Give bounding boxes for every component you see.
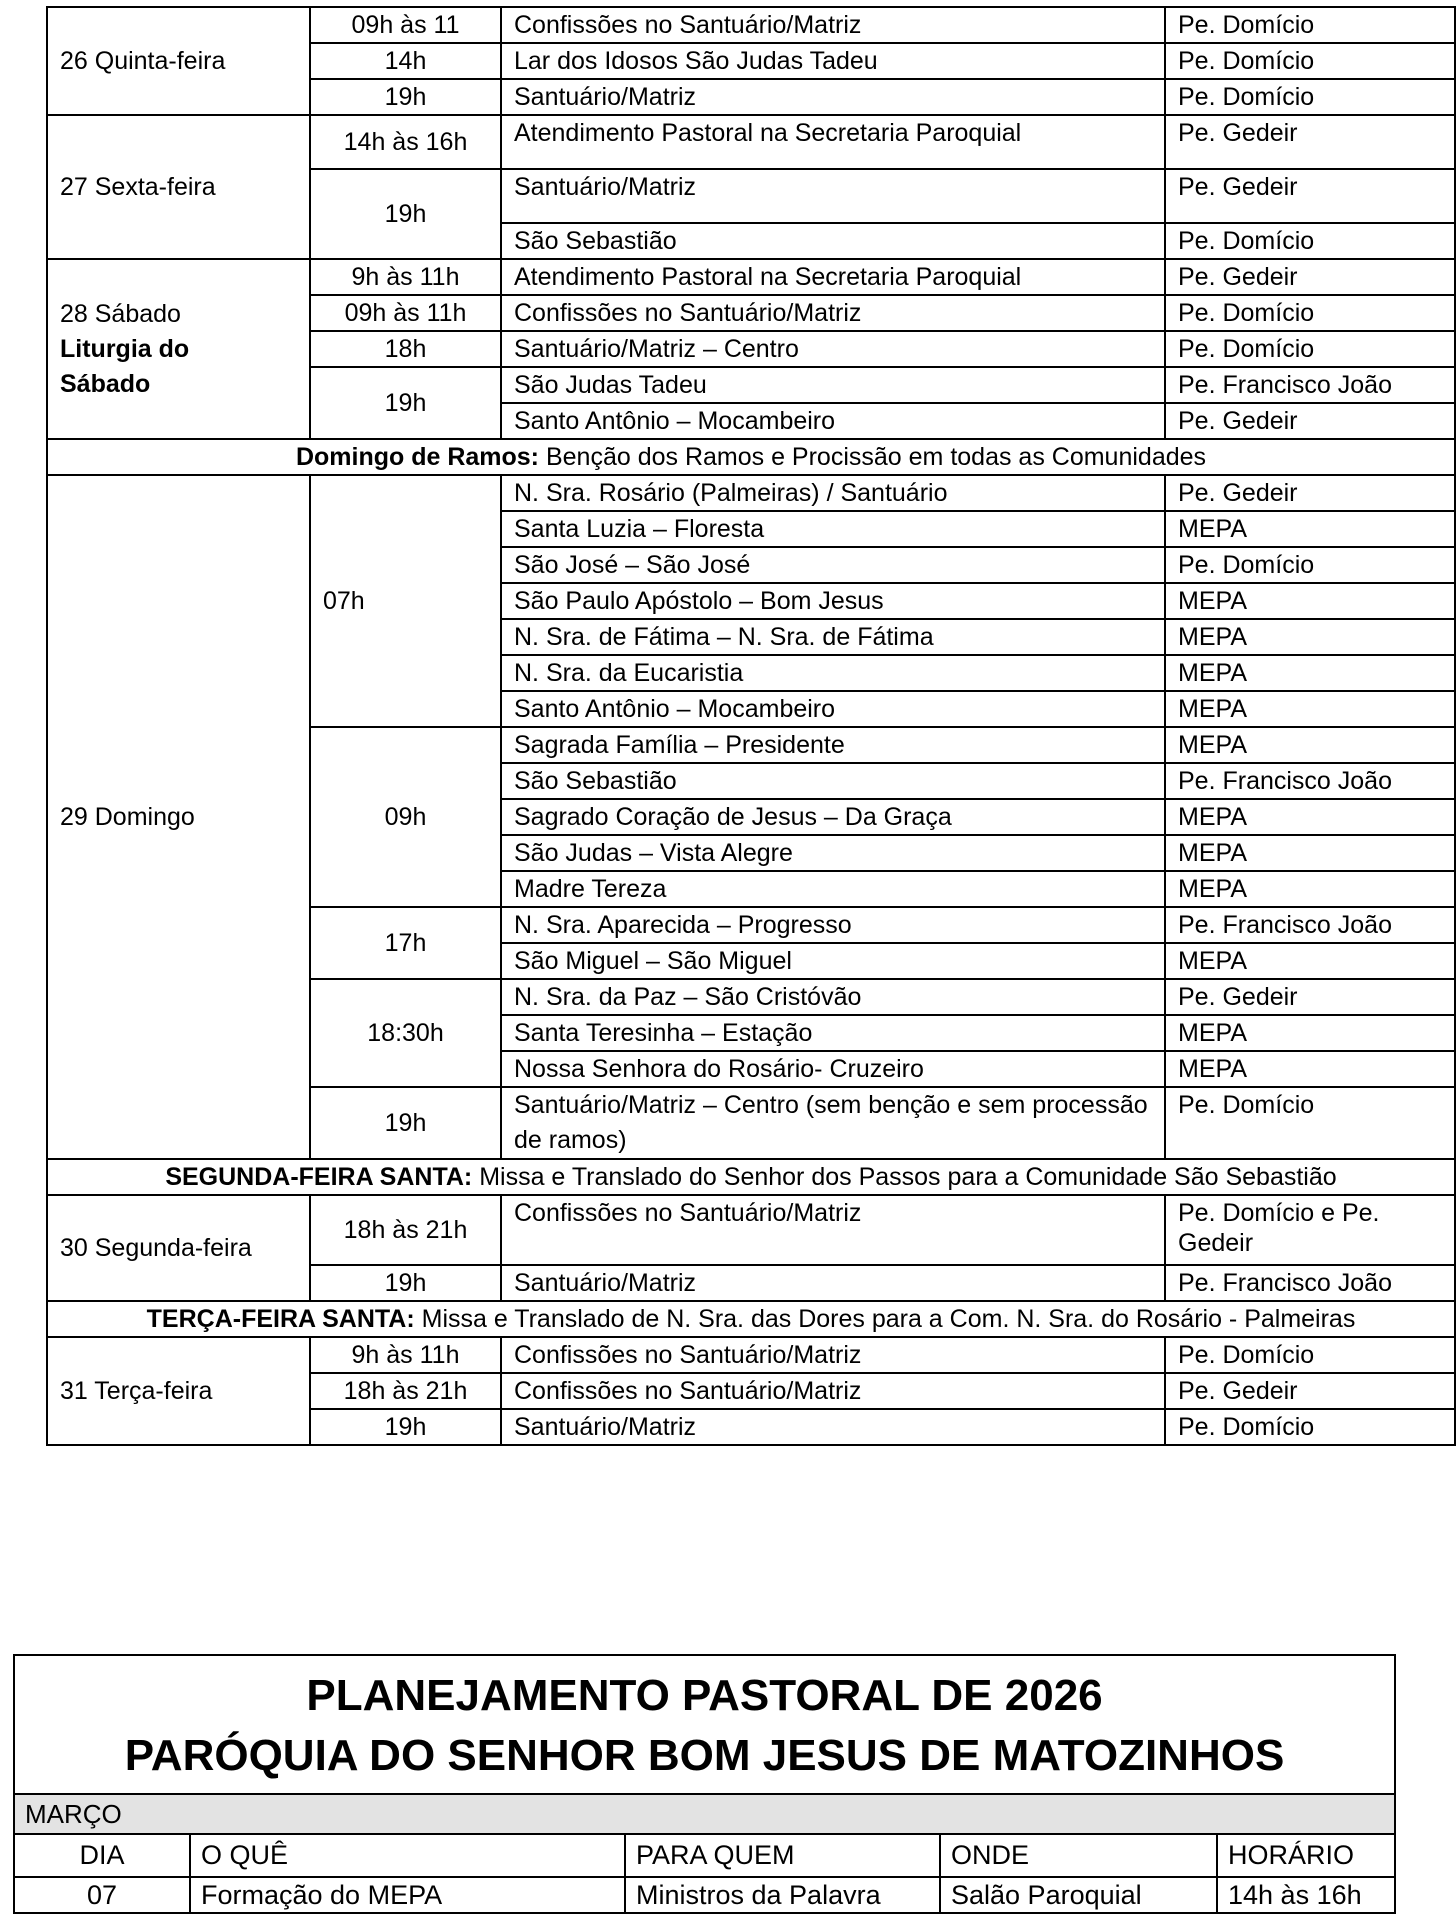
place-cell: Santa Luzia – Floresta (501, 511, 1165, 547)
place-cell: Confissões no Santuário/Matriz (501, 1373, 1165, 1409)
celebrant-cell: MEPA (1165, 1051, 1455, 1087)
celebrant-cell: Pe. Gedeir (1165, 169, 1455, 223)
table-row: 30 Segunda-feira 18h às 21h Confissões n… (47, 1195, 1455, 1265)
place-cell: São Judas Tadeu (501, 367, 1165, 403)
celebrant-cell: Pe. Domício (1165, 547, 1455, 583)
day-label: 29 Domingo (47, 475, 310, 1159)
place-cell: N. Sra. da Eucaristia (501, 655, 1165, 691)
banner-title: Domingo de Ramos: (296, 443, 539, 471)
time-cell: 07h (310, 475, 501, 727)
time-cell: 18:30h (310, 979, 501, 1087)
place-cell: N. Sra. da Paz – São Cristóvão (501, 979, 1165, 1015)
place-cell: Confissões no Santuário/Matriz (501, 1195, 1165, 1265)
place-cell: São José – São José (501, 547, 1165, 583)
column-header-time: HORÁRIO (1217, 1834, 1395, 1877)
place-cell: N. Sra. de Fátima – N. Sra. de Fátima (501, 619, 1165, 655)
banner-title: SEGUNDA-FEIRA SANTA: (165, 1163, 472, 1191)
celebrant-cell: Pe. Domício (1165, 1409, 1455, 1445)
time-cell: 09h às 11 (310, 7, 501, 43)
celebrant-cell: MEPA (1165, 727, 1455, 763)
place-cell: Confissões no Santuário/Matriz (501, 7, 1165, 43)
day-label: 28 Sábado Liturgia do Sábado (47, 259, 310, 439)
celebrant-cell: MEPA (1165, 511, 1455, 547)
table-row: TERÇA-FEIRA SANTA: Missa e Translado de … (47, 1301, 1455, 1337)
celebrant-cell: Pe. Francisco João (1165, 367, 1455, 403)
celebrant-cell: Pe. Domício (1165, 1087, 1455, 1159)
celebrant-cell: MEPA (1165, 619, 1455, 655)
what-cell: Formação do MEPA (190, 1877, 625, 1913)
celebrant-cell: Pe. Gedeir (1165, 115, 1455, 169)
time-cell: 19h (310, 1087, 501, 1159)
column-header-what: O QUÊ (190, 1834, 625, 1877)
time-cell: 9h às 11h (310, 259, 501, 295)
pastoral-planning-table: PLANEJAMENTO PASTORAL DE 2026 PARÓQUIA D… (13, 1654, 1396, 1914)
place-cell: Confissões no Santuário/Matriz (501, 1337, 1165, 1373)
celebrant-cell: Pe. Domício (1165, 43, 1455, 79)
time-cell: 9h às 11h (310, 1337, 501, 1373)
place-cell: Sagrada Família – Presidente (501, 727, 1165, 763)
title-line-2: PARÓQUIA DO SENHOR BOM JESUS DE MATOZINH… (25, 1726, 1384, 1786)
time-cell: 19h (310, 1409, 501, 1445)
celebrant-cell: Pe. Gedeir (1165, 259, 1455, 295)
celebrant-cell: MEPA (1165, 799, 1455, 835)
celebrant-cell: Pe. Gedeir (1165, 403, 1455, 439)
place-cell: São Judas – Vista Alegre (501, 835, 1165, 871)
place-cell: Santo Antônio – Mocambeiro (501, 403, 1165, 439)
celebrant-cell: Pe. Francisco João (1165, 1265, 1455, 1301)
place-cell: N. Sra. Rosário (Palmeiras) / Santuário (501, 475, 1165, 511)
celebrant-cell: MEPA (1165, 943, 1455, 979)
celebrant-cell: MEPA (1165, 583, 1455, 619)
place-cell: Lar dos Idosos São Judas Tadeu (501, 43, 1165, 79)
column-header-day: DIA (14, 1834, 190, 1877)
month-label: MARÇO (14, 1794, 1395, 1834)
place-cell: Santuário/Matriz – Centro (sem benção e … (501, 1087, 1165, 1159)
celebrant-cell: MEPA (1165, 691, 1455, 727)
place-cell: Santuário/Matriz – Centro (501, 331, 1165, 367)
palm-sunday-banner: Domingo de Ramos: Benção dos Ramos e Pro… (47, 439, 1455, 475)
celebrant-cell: Pe. Francisco João (1165, 907, 1455, 943)
celebrant-cell: Pe. Domício (1165, 1337, 1455, 1373)
place-cell: Confissões no Santuário/Matriz (501, 295, 1165, 331)
time-cell: 19h (310, 1265, 501, 1301)
where-cell: Salão Paroquial (940, 1877, 1217, 1913)
celebrant-cell: Pe. Domício (1165, 295, 1455, 331)
place-cell: São Miguel – São Miguel (501, 943, 1165, 979)
place-cell: São Paulo Apóstolo – Bom Jesus (501, 583, 1165, 619)
table-row: 27 Sexta-feira 14h às 16h Atendimento Pa… (47, 115, 1455, 169)
day-cell: 07 (14, 1877, 190, 1913)
celebrant-cell: MEPA (1165, 871, 1455, 907)
celebrant-cell: Pe. Domício (1165, 223, 1455, 259)
celebrant-cell: Pe. Gedeir (1165, 1373, 1455, 1409)
celebrant-cell: Pe. Domício (1165, 7, 1455, 43)
liturgy-note: Sábado (60, 367, 297, 402)
place-cell: Atendimento Pastoral na Secretaria Paroq… (501, 115, 1165, 169)
day-label: 27 Sexta-feira (47, 115, 310, 259)
time-cell: 19h (310, 169, 501, 259)
day-label: 30 Segunda-feira (47, 1195, 310, 1301)
time-cell: 09h às 11h (310, 295, 501, 331)
celebrant-cell: MEPA (1165, 655, 1455, 691)
time-cell: 14h às 16h (310, 115, 501, 169)
day-label: 31 Terça-feira (47, 1337, 310, 1445)
celebrant-cell: Pe. Gedeir (1165, 475, 1455, 511)
time-cell: 18h (310, 331, 501, 367)
place-cell: Madre Tereza (501, 871, 1165, 907)
table-row: 07 Formação do MEPA Ministros da Palavra… (14, 1877, 1395, 1913)
banner-text: Benção dos Ramos e Procissão em todas as… (539, 443, 1206, 471)
time-cell: 19h (310, 79, 501, 115)
place-cell: São Sebastião (501, 763, 1165, 799)
banner-title: TERÇA-FEIRA SANTA: (147, 1305, 415, 1333)
header-row: DIA O QUÊ PARA QUEM ONDE HORÁRIO (14, 1834, 1395, 1877)
table-row: 31 Terça-feira 9h às 11h Confissões no S… (47, 1337, 1455, 1373)
time-cell: 19h (310, 367, 501, 439)
table-row: 26 Quinta-feira 09h às 11 Confissões no … (47, 7, 1455, 43)
column-header-where: ONDE (940, 1834, 1217, 1877)
table-row: Domingo de Ramos: Benção dos Ramos e Pro… (47, 439, 1455, 475)
day-name: 28 Sábado (60, 297, 297, 332)
place-cell: Santa Teresinha – Estação (501, 1015, 1165, 1051)
holy-monday-banner: SEGUNDA-FEIRA SANTA: Missa e Translado d… (47, 1159, 1455, 1195)
document-title: PLANEJAMENTO PASTORAL DE 2026 PARÓQUIA D… (14, 1655, 1395, 1794)
title-line-1: PLANEJAMENTO PASTORAL DE 2026 (25, 1666, 1384, 1726)
liturgy-note: Liturgia do (60, 332, 297, 367)
place-cell: Santuário/Matriz (501, 1409, 1165, 1445)
for-whom-cell: Ministros da Palavra (625, 1877, 940, 1913)
celebrant-cell: Pe. Francisco João (1165, 763, 1455, 799)
time-cell: 14h às 16h (1217, 1877, 1395, 1913)
celebrant-cell: MEPA (1165, 1015, 1455, 1051)
place-cell: Nossa Senhora do Rosário- Cruzeiro (501, 1051, 1165, 1087)
table-row: 29 Domingo 07h N. Sra. Rosário (Palmeira… (47, 475, 1455, 511)
time-cell: 09h (310, 727, 501, 907)
time-cell: 17h (310, 907, 501, 979)
time-cell: 18h às 21h (310, 1195, 501, 1265)
banner-text: Missa e Translado de N. Sra. das Dores p… (415, 1305, 1356, 1333)
place-cell: Atendimento Pastoral na Secretaria Paroq… (501, 259, 1165, 295)
celebrant-cell: Pe. Gedeir (1165, 979, 1455, 1015)
celebrant-cell: Pe. Domício (1165, 79, 1455, 115)
holy-week-schedule-table: 26 Quinta-feira 09h às 11 Confissões no … (46, 6, 1456, 1446)
celebrant-cell: Pe. Domício (1165, 331, 1455, 367)
place-cell: Santuário/Matriz (501, 1265, 1165, 1301)
column-header-for-whom: PARA QUEM (625, 1834, 940, 1877)
place-cell: Santuário/Matriz (501, 169, 1165, 223)
day-label: 26 Quinta-feira (47, 7, 310, 115)
place-cell: São Sebastião (501, 223, 1165, 259)
table-row: SEGUNDA-FEIRA SANTA: Missa e Translado d… (47, 1159, 1455, 1195)
place-cell: Santuário/Matriz (501, 79, 1165, 115)
banner-text: Missa e Translado do Senhor dos Passos p… (472, 1163, 1336, 1191)
celebrant-cell: Pe. Domício e Pe. Gedeir (1165, 1195, 1455, 1265)
time-cell: 18h às 21h (310, 1373, 501, 1409)
time-cell: 14h (310, 43, 501, 79)
place-cell: N. Sra. Aparecida – Progresso (501, 907, 1165, 943)
holy-tuesday-banner: TERÇA-FEIRA SANTA: Missa e Translado de … (47, 1301, 1455, 1337)
place-cell: Sagrado Coração de Jesus – Da Graça (501, 799, 1165, 835)
celebrant-cell: MEPA (1165, 835, 1455, 871)
place-cell: Santo Antônio – Mocambeiro (501, 691, 1165, 727)
table-row: 28 Sábado Liturgia do Sábado 9h às 11h A… (47, 259, 1455, 295)
